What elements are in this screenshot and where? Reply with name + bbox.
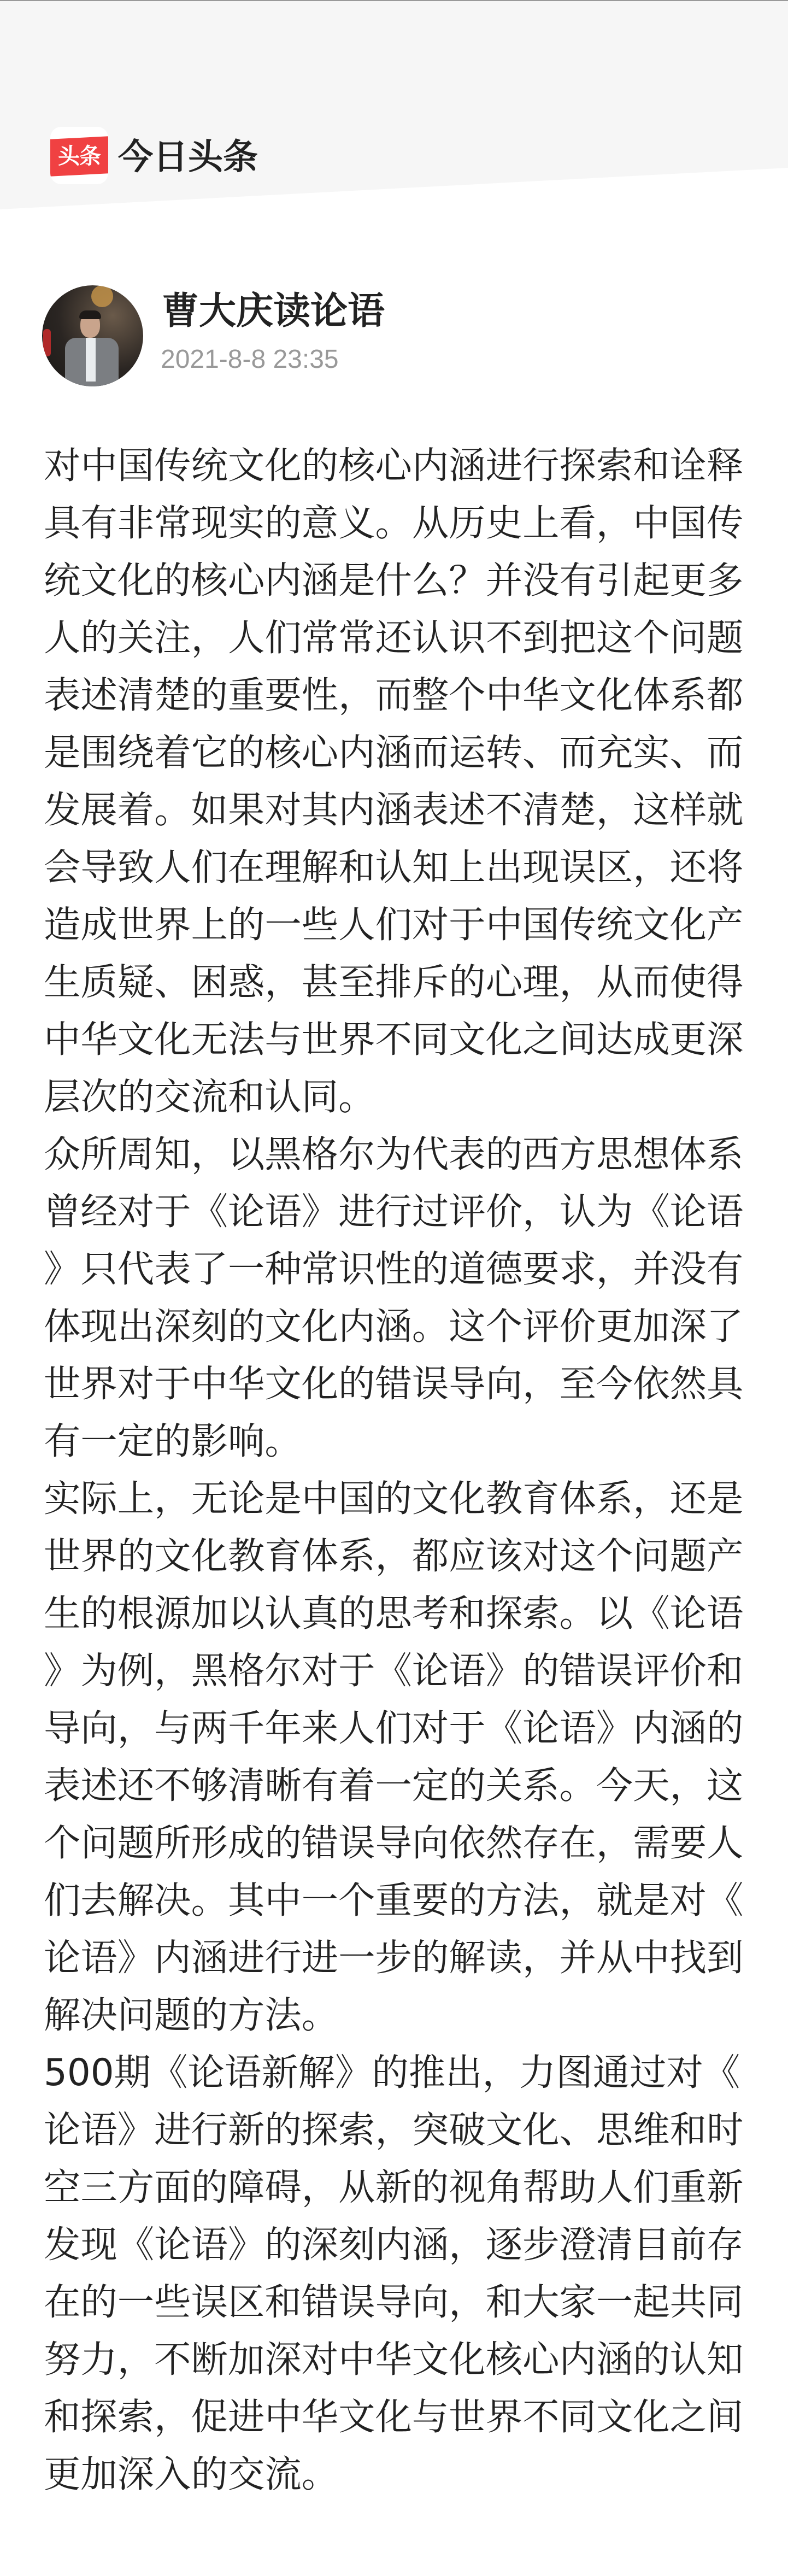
article-paragraph: 对中国传统文化的核心内涵进行探索和诠释具有非常现实的意义。从历史上看，中国传统文… xyxy=(44,437,745,1125)
header-background xyxy=(0,0,788,213)
avatar-hair xyxy=(79,310,101,319)
avatar-shirt xyxy=(86,338,96,382)
author-avatar[interactable] xyxy=(42,285,143,386)
article-paragraph: 众所周知，以黑格尔为代表的西方思想体系曾经对于《论语》进行过评价，认为《论语》只… xyxy=(44,1125,745,1470)
toutiao-logo-icon[interactable]: 头条 xyxy=(50,127,108,184)
avatar-background-figure xyxy=(43,329,51,356)
article-paragraph: 500期《论语新解》的推出，力图通过对《论语》进行新的探索，突破文化、思维和时空… xyxy=(44,2044,745,2503)
logo-badge-text: 头条 xyxy=(58,145,101,167)
logo-red-band: 头条 xyxy=(50,136,108,177)
article-paragraph: 实际上，无论是中国的文化教育体系，还是世界的文化教育体系，都应该对这个问题产生的… xyxy=(44,1470,745,2044)
top-border-line xyxy=(0,0,788,1)
brand-name[interactable]: 今日头条 xyxy=(118,136,258,179)
publish-time: 2021-8-8 23:35 xyxy=(161,343,339,376)
author-name[interactable]: 曹大庆读论语 xyxy=(162,286,385,337)
article-body: 对中国传统文化的核心内涵进行探索和诠释具有非常现实的意义。从历史上看，中国传统文… xyxy=(44,437,745,2503)
avatar-background-light xyxy=(91,285,113,307)
